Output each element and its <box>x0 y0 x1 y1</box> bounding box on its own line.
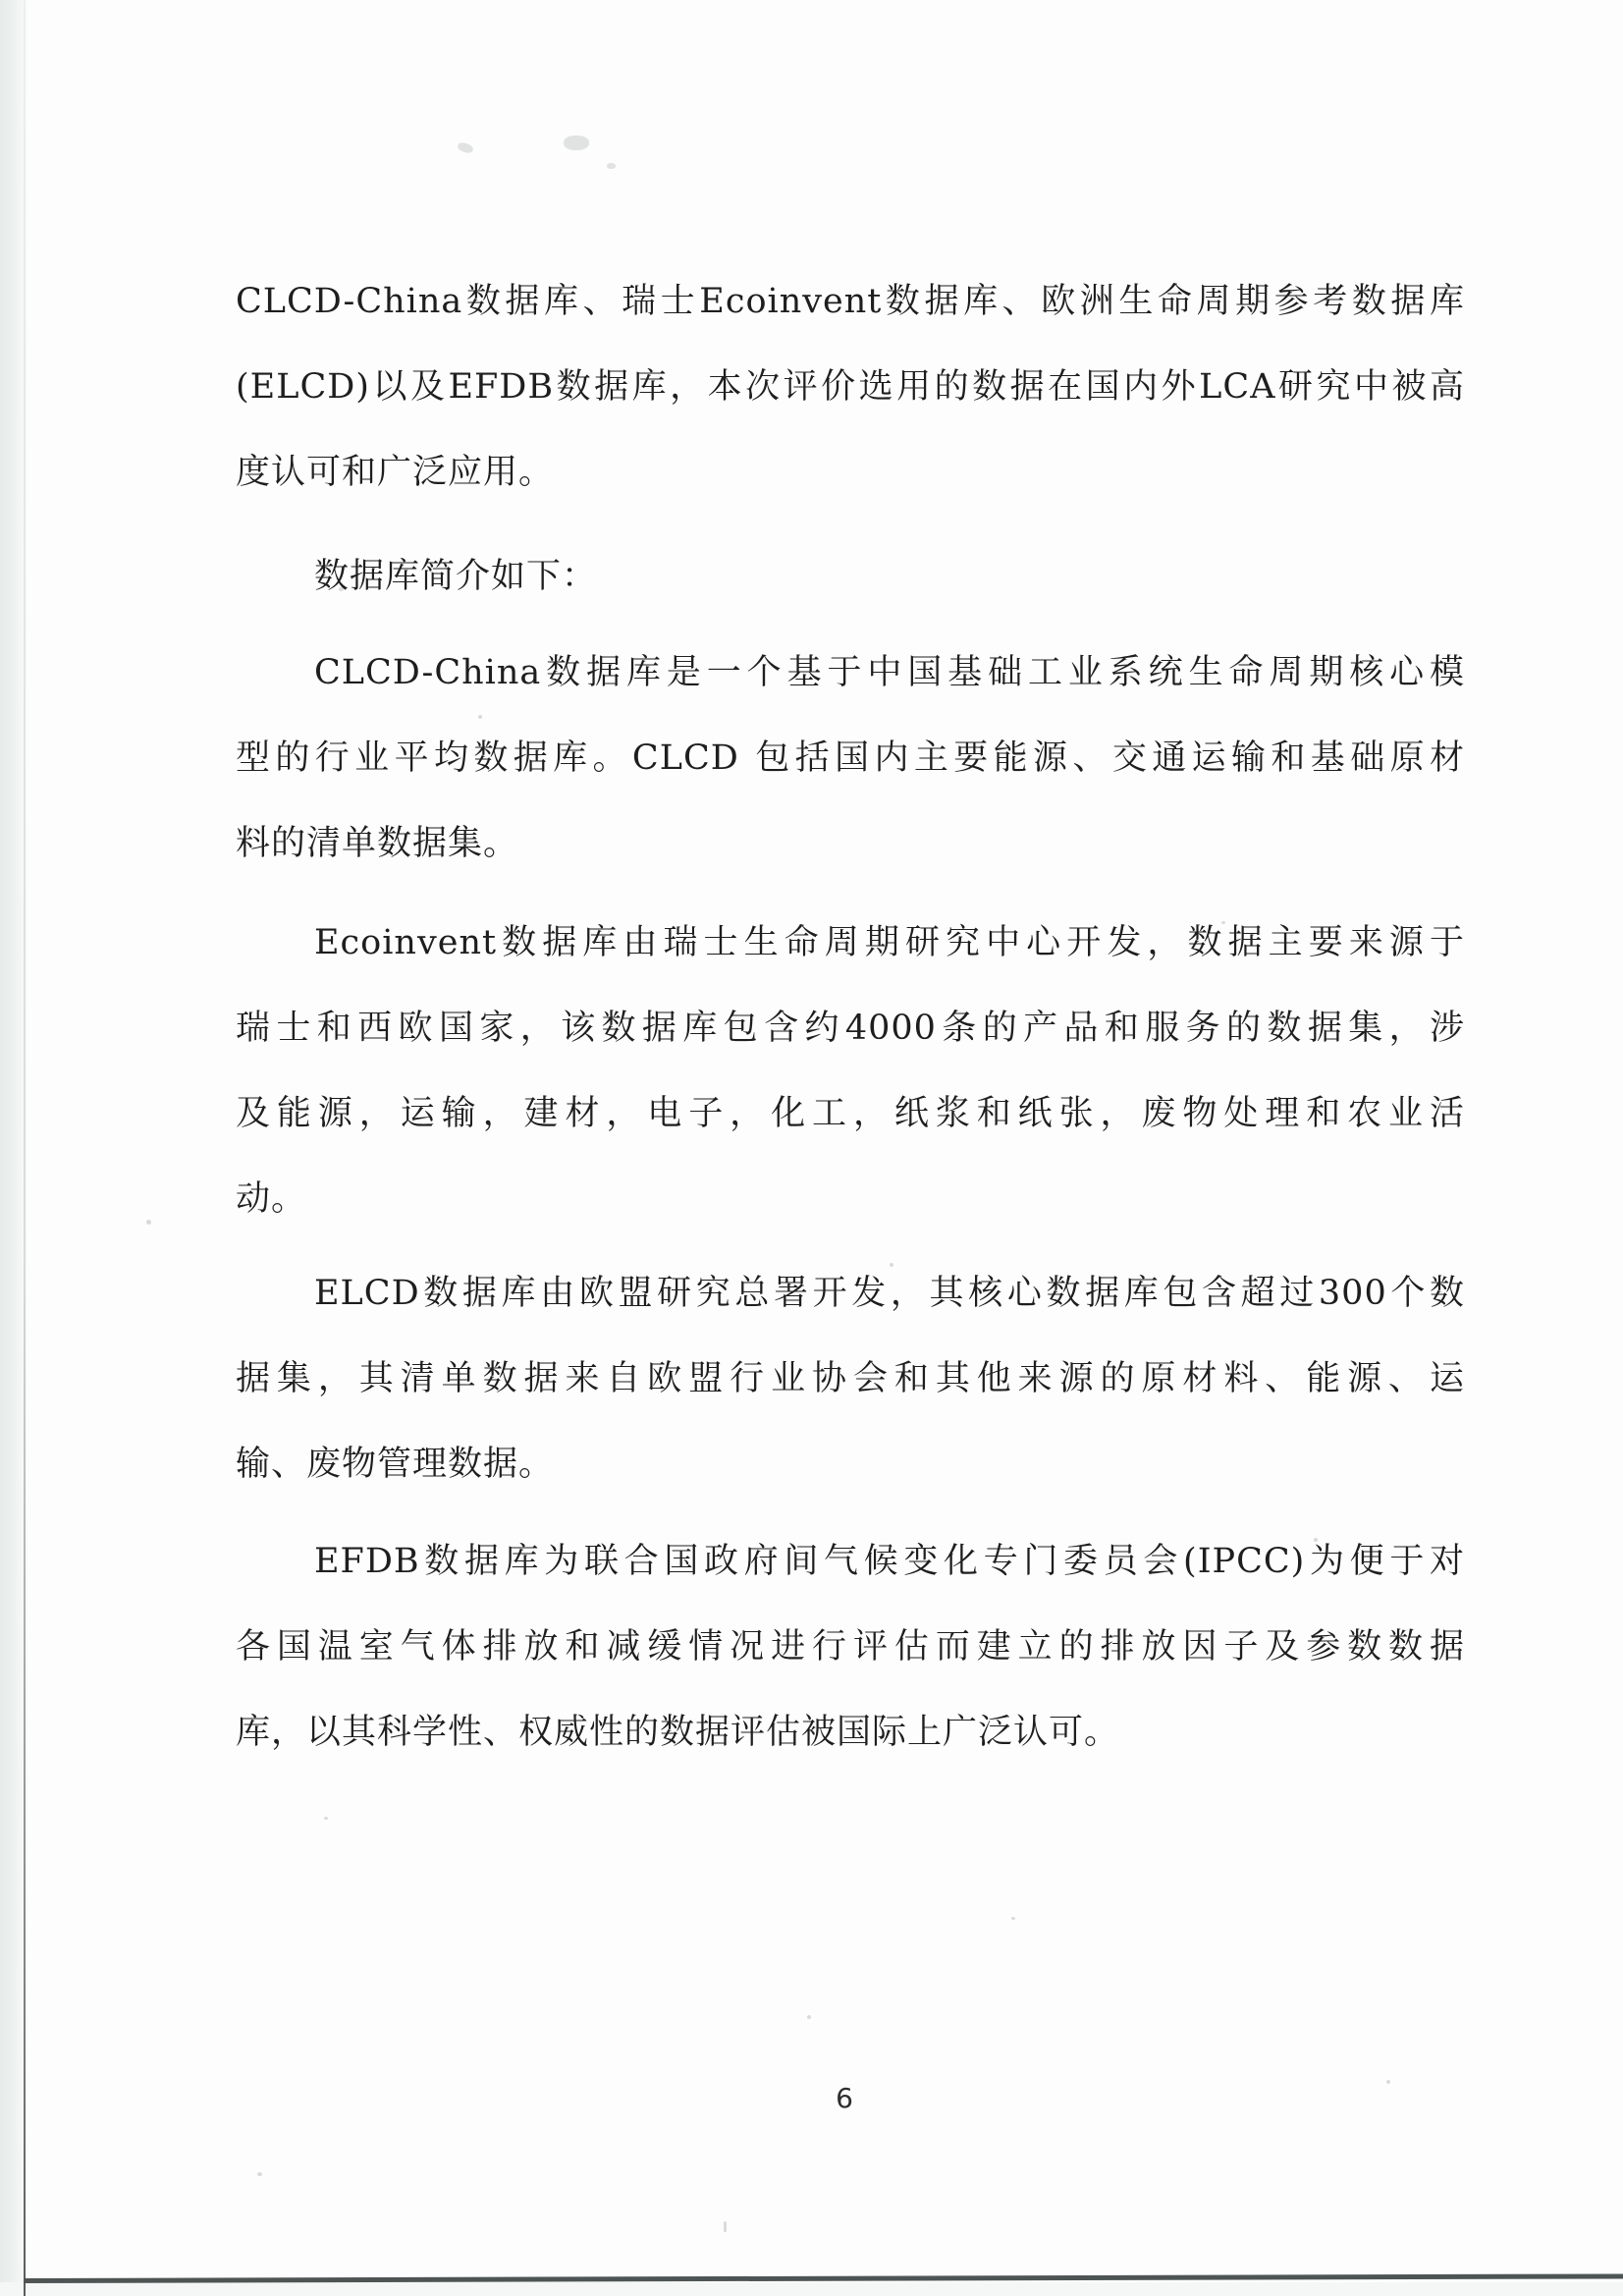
text-line: 度认可和广泛应用。 <box>236 430 1465 516</box>
text-line: CLCD-China数据库是一个基于中国基础工业系统生命周期核心模 <box>236 630 1465 716</box>
page-left-edge-line <box>24 0 26 2296</box>
scanned-page: CLCD-China数据库、瑞士Ecoinvent数据库、欧洲生命周期参考数据库… <box>0 0 1623 2296</box>
paragraph: EFDB数据库为联合国政府间气候变化专门委员会(IPCC)为便于对 各国温室气体… <box>236 1519 1465 1776</box>
paragraph: 数据库简介如下： <box>236 534 1465 620</box>
text-line: (ELCD)以及EFDB数据库，本次评价选用的数据在国内外LCA研究中被高 <box>236 345 1465 430</box>
text-line: CLCD-China数据库、瑞士Ecoinvent数据库、欧洲生命周期参考数据库 <box>236 259 1465 345</box>
text-line: 动。 <box>236 1157 1465 1242</box>
text-line: 及能源，运输，建材，电子，化工，纸浆和纸张，废物处理和农业活 <box>236 1071 1465 1157</box>
text-line: 数据库简介如下： <box>236 534 1465 620</box>
text-line: 库，以其科学性、权威性的数据评估被国际上广泛认可。 <box>236 1690 1465 1776</box>
text-line: 输、废物管理数据。 <box>236 1422 1465 1507</box>
text-line: EFDB数据库为联合国政府间气候变化专门委员会(IPCC)为便于对 <box>236 1519 1465 1605</box>
scan-speck <box>146 1220 151 1225</box>
text-line: ELCD数据库由欧盟研究总署开发，其核心数据库包含超过300个数 <box>236 1251 1465 1337</box>
paragraph: CLCD-China数据库、瑞士Ecoinvent数据库、欧洲生命周期参考数据库… <box>236 259 1465 516</box>
page-number: 6 <box>766 2082 923 2114</box>
paragraph: CLCD-China数据库是一个基于中国基础工业系统生命周期核心模 型的行业平均… <box>236 630 1465 887</box>
text-line: 各国温室气体排放和减缓情况进行评估而建立的排放因子及参数数据 <box>236 1605 1465 1690</box>
text-line: 料的清单数据集。 <box>236 801 1465 887</box>
text-line: 型的行业平均数据库。CLCD 包括国内主要能源、交通运输和基础原材 <box>236 716 1465 801</box>
text-line: 据集，其清单数据来自欧盟行业协会和其他来源的原材料、能源、运 <box>236 1337 1465 1422</box>
text-line: 瑞士和西欧国家，该数据库包含约4000条的产品和服务的数据集，涉 <box>236 986 1465 1071</box>
paragraph: ELCD数据库由欧盟研究总署开发，其核心数据库包含超过300个数 据集，其清单数… <box>236 1251 1465 1507</box>
text-line: Ecoinvent数据库由瑞士生命周期研究中心开发，数据主要来源于 <box>236 901 1465 986</box>
body-text: CLCD-China数据库、瑞士Ecoinvent数据库、欧洲生命周期参考数据库… <box>236 0 1465 2296</box>
paragraph: Ecoinvent数据库由瑞士生命周期研究中心开发，数据主要来源于 瑞士和西欧国… <box>236 901 1465 1242</box>
